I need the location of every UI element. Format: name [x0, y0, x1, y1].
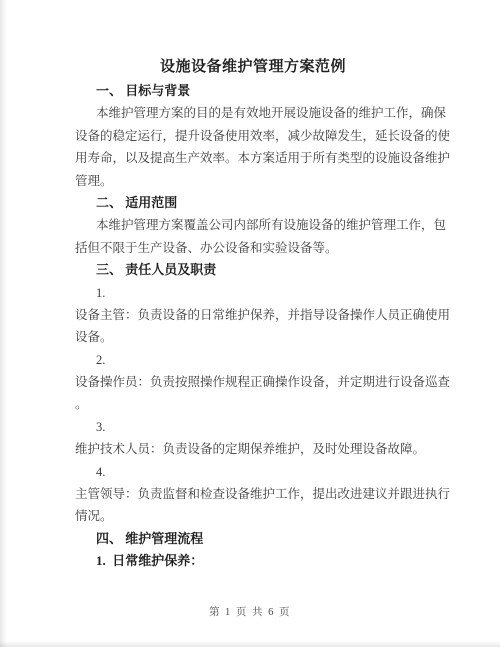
list-number-line: 2.: [75, 349, 431, 371]
paragraph-line: 设备的稳定运行，提升设备使用效率，减少故障发生，延长设备的使: [75, 125, 431, 147]
paragraph-line: 情况。: [75, 505, 431, 527]
page-footer: 第 1 页 共 6 页: [0, 604, 500, 619]
paragraph-line: 主管领导：负责监督和检查设备维护工作，提出改进建议并跟进执行: [75, 483, 431, 505]
section-heading-goals: 一、 目标与背景: [75, 80, 431, 102]
document-body: 一、 目标与背景 本维护管理方案的目的是有效地开展设施设备的维护工作，确保 设备…: [75, 80, 431, 573]
page-edge-shadow-left: [0, 0, 7, 647]
paragraph-line: 。: [75, 393, 431, 415]
document-page: 设施设备维护管理方案范例 一、 目标与背景 本维护管理方案的目的是有效地开展设施…: [0, 0, 500, 647]
page-edge-shadow-bottom: [0, 641, 500, 647]
list-number-line: 1.: [75, 282, 431, 304]
paragraph-line: 用寿命，以及提高生产效率。本方案适用于所有类型的设施设备维护: [75, 147, 431, 169]
paragraph-line: 设备。: [75, 326, 431, 348]
paragraph-line: 本维护管理方案覆盖公司内部所有设施设备的维护管理工作，包: [75, 214, 431, 236]
paragraph-line: 本维护管理方案的目的是有效地开展设施设备的维护工作，确保: [75, 102, 431, 124]
paragraph-line: 管理。: [75, 170, 431, 192]
list-number-line: 4.: [75, 461, 431, 483]
section-heading-scope: 二、 适用范围: [75, 192, 431, 214]
section-heading-process: 四、 维护管理流程: [75, 528, 431, 550]
paragraph-line: 维护技术人员：负责设备的定期保养维护，及时处理设备故障。: [75, 438, 431, 460]
page-title: 设施设备维护管理方案范例: [75, 55, 431, 76]
paragraph-line: 括但不限于生产设备、办公设备和实验设备等。: [75, 237, 431, 259]
paragraph-line: 设备操作员：负责按照操作规程正确操作设备，并定期进行设备巡查: [75, 371, 431, 393]
list-number-line: 3.: [75, 416, 431, 438]
paragraph-line: 设备主管：负责设备的日常维护保养，并指导设备操作人员正确使用: [75, 304, 431, 326]
section-heading-responsibilities: 三、 责任人员及职责: [75, 259, 431, 281]
subheading-daily-maintenance: 1. 日常维护保养：: [75, 550, 431, 572]
